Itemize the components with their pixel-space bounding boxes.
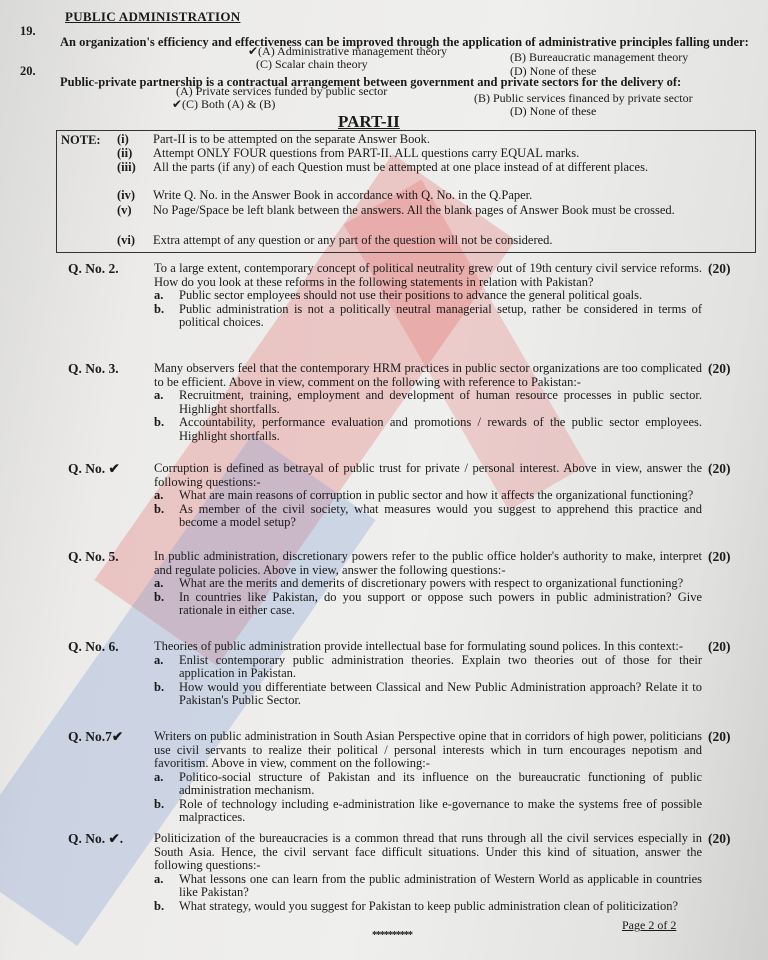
sub-text: Enlist contemporary public administratio… <box>179 653 702 681</box>
question-stem: To a large extent, contemporary concept … <box>154 262 702 289</box>
sub-text: As member of the civil society, what mea… <box>179 502 702 530</box>
note-text: Attempt ONLY FOUR questions from PART-II… <box>153 147 753 160</box>
note-text: Write Q. No. in the Answer Book in accor… <box>153 189 753 202</box>
exam-page: PUBLIC ADMINISTRATION 19. An organizatio… <box>0 0 768 960</box>
sub-question: b.Public administration is not a politic… <box>154 303 702 330</box>
sub-label: a. <box>154 654 163 668</box>
sub-text: Accountability, performance evaluation a… <box>179 415 702 443</box>
sub-question: a.Enlist contemporary public administrat… <box>154 654 702 681</box>
sub-label: b. <box>154 303 164 317</box>
sub-text: What are main reasons of corruption in p… <box>179 488 693 502</box>
sub-question: a.Public sector employees should not use… <box>154 289 702 303</box>
end-stars: ********** <box>372 930 412 941</box>
question-stem: Many observers feel that the contemporar… <box>154 362 702 389</box>
sub-label: a. <box>154 489 163 503</box>
sub-question: b.Role of technology including e-adminis… <box>154 798 702 825</box>
sub-question: b.How would you differentiate between Cl… <box>154 681 702 708</box>
question-marks: (20) <box>708 640 731 654</box>
sub-label: b. <box>154 416 164 430</box>
note-roman: (v) <box>117 204 132 217</box>
question-number: Q. No.7✔ <box>68 730 123 744</box>
question-stem: Politicization of the bureaucracies is a… <box>154 832 702 873</box>
instructions-box: NOTE: (i) Part-II is to be attempted on … <box>56 130 756 253</box>
question-number: Q. No. 2. <box>68 262 119 276</box>
sub-label: b. <box>154 503 164 517</box>
question-text: Theories of public administration provid… <box>154 640 702 708</box>
sub-text: What are the merits and demerits of disc… <box>179 576 683 590</box>
note-label: NOTE: <box>61 133 101 148</box>
question-number: Q. No. ✔. <box>68 832 123 846</box>
sub-text: What strategy, would you suggest for Pak… <box>179 899 678 913</box>
sub-label: a. <box>154 289 163 303</box>
sub-label: a. <box>154 389 163 403</box>
note-text: All the parts (if any) of each Question … <box>153 161 753 174</box>
sub-question: a.Politico-social structure of Pakistan … <box>154 771 702 798</box>
sub-label: b. <box>154 591 164 605</box>
sub-text: How would you differentiate between Clas… <box>179 680 702 708</box>
sub-label: a. <box>154 771 163 785</box>
question-number: Q. No. 5. <box>68 550 119 564</box>
question-stem: Corruption is defined as betrayal of pub… <box>154 462 702 489</box>
page-number: Page 2 of 2 <box>622 918 676 933</box>
question-text: Corruption is defined as betrayal of pub… <box>154 462 702 530</box>
sub-label: b. <box>154 900 164 914</box>
sub-text: Recruitment, training, employment and de… <box>179 388 702 416</box>
sub-question: b.In countries like Pakistan, do you sup… <box>154 591 702 618</box>
mcq-20-option-d: (D) None of these <box>510 104 596 119</box>
sub-text: Public sector employees should not use t… <box>179 288 642 302</box>
question-number: Q. No. 3. <box>68 362 119 376</box>
note-roman: (vi) <box>117 234 135 247</box>
sub-question: b.As member of the civil society, what m… <box>154 503 702 530</box>
note-roman: (i) <box>117 133 129 146</box>
question-stem: Writers on public administration in Sout… <box>154 730 702 771</box>
question-marks: (20) <box>708 550 731 564</box>
subject-heading: PUBLIC ADMINISTRATION <box>65 9 240 25</box>
note-roman: (ii) <box>117 147 132 160</box>
sub-question: a.What are the merits and demerits of di… <box>154 577 702 591</box>
question-marks: (20) <box>708 462 731 476</box>
question-marks: (20) <box>708 262 731 276</box>
question-text: Politicization of the bureaucracies is a… <box>154 832 702 913</box>
sub-label: b. <box>154 681 164 695</box>
question-stem: Theories of public administration provid… <box>154 640 702 654</box>
note-roman: (iv) <box>117 189 135 202</box>
sub-question: b.What strategy, would you suggest for P… <box>154 900 702 914</box>
sub-question: b.Accountability, performance evaluation… <box>154 416 702 443</box>
question-text: In public administration, discretionary … <box>154 550 702 618</box>
question-text: To a large extent, contemporary concept … <box>154 262 702 330</box>
mcq-stem: Public-private partnership is a contract… <box>60 76 765 89</box>
question-number: Q. No. 6. <box>68 640 119 654</box>
mcq-number: 19. <box>20 24 36 39</box>
mcq-19-option-b: (B) Bureaucratic management theory <box>510 50 688 65</box>
question-marks: (20) <box>708 362 731 376</box>
sub-label: a. <box>154 873 163 887</box>
sub-question: a.What lessons one can learn from the pu… <box>154 873 702 900</box>
sub-question: a.Recruitment, training, employment and … <box>154 389 702 416</box>
sub-text: What lessons one can learn from the publ… <box>179 872 702 900</box>
sub-text: Role of technology including e-administr… <box>179 797 702 825</box>
question-text: Many observers feel that the contemporar… <box>154 362 702 443</box>
question-stem: In public administration, discretionary … <box>154 550 702 577</box>
mcq-20-option-c: ✔(C) Both (A) & (B) <box>172 97 275 112</box>
note-text: Part-II is to be attempted on the separa… <box>153 133 753 146</box>
note-text: No Page/Space be left blank between the … <box>153 204 753 217</box>
sub-label: b. <box>154 798 164 812</box>
sub-label: a. <box>154 577 163 591</box>
question-marks: (20) <box>708 730 731 744</box>
question-text: Writers on public administration in Sout… <box>154 730 702 825</box>
mcq-19-option-c: (C) Scalar chain theory <box>256 57 368 72</box>
sub-text: Public administration is not a political… <box>179 302 702 330</box>
part-title: PART-II <box>338 112 400 132</box>
sub-text: Politico-social structure of Pakistan an… <box>179 770 702 798</box>
note-text: Extra attempt of any question or any par… <box>153 234 753 247</box>
note-roman: (iii) <box>117 161 136 174</box>
question-marks: (20) <box>708 832 731 846</box>
mcq-number: 20. <box>20 64 36 79</box>
question-number: Q. No. ✔ <box>68 462 120 476</box>
sub-text: In countries like Pakistan, do you suppo… <box>179 590 702 618</box>
sub-question: a.What are main reasons of corruption in… <box>154 489 702 503</box>
